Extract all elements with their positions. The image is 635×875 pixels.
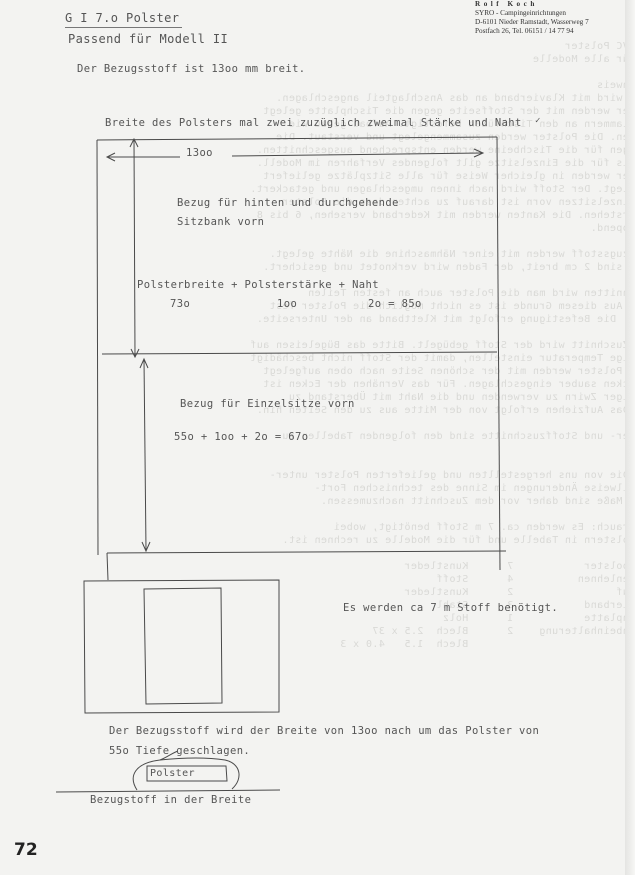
upper-section-formula: Polsterbreite + Polsterstärke + Naht <box>137 279 379 291</box>
cutting-diagram <box>0 0 635 875</box>
page-number: 72 <box>14 840 38 860</box>
explanation-line1: Der Bezugsstoff wird der Breite von 13oo… <box>109 725 539 737</box>
outer-right-edge <box>497 137 500 570</box>
upper-section-label-line2: Sitzbank vorn <box>177 216 264 228</box>
width-arrow-right-shaft <box>232 153 482 156</box>
outer-top-edge <box>97 137 497 140</box>
fabric-total-note: Es werden ca 7 m Stoff benötigt. <box>343 602 558 614</box>
sketch-base-line <box>56 790 280 792</box>
lower-section-formula: 55o + 1oo + 2o = 67o <box>174 431 308 443</box>
upper-value-width: 73o <box>170 298 190 310</box>
lower-section-left-tail <box>107 553 108 580</box>
lower-section-bottom <box>107 551 506 553</box>
upper-value-total: 2o = 85o <box>368 298 422 310</box>
lower-height-arrow <box>144 359 146 550</box>
remnant-box <box>84 580 279 713</box>
width-label: 13oo <box>186 147 213 159</box>
upper-section-label-line1: Bezug für hinten und durchgehende <box>177 197 399 209</box>
sketch-polster-label: Polster <box>150 768 195 779</box>
upper-height-arrow <box>134 140 135 356</box>
explanation-line2: 55o Tiefe geschlagen. <box>109 745 250 757</box>
inner-piece-box <box>144 588 222 704</box>
outer-left-edge <box>97 140 98 555</box>
section-divider <box>102 352 497 354</box>
upper-value-thickness: 1oo <box>277 298 297 310</box>
sketch-base-label: Bezugstoff in der Breite <box>90 794 251 806</box>
lower-section-label: Bezug für Einzelsitze vorn <box>180 398 355 410</box>
